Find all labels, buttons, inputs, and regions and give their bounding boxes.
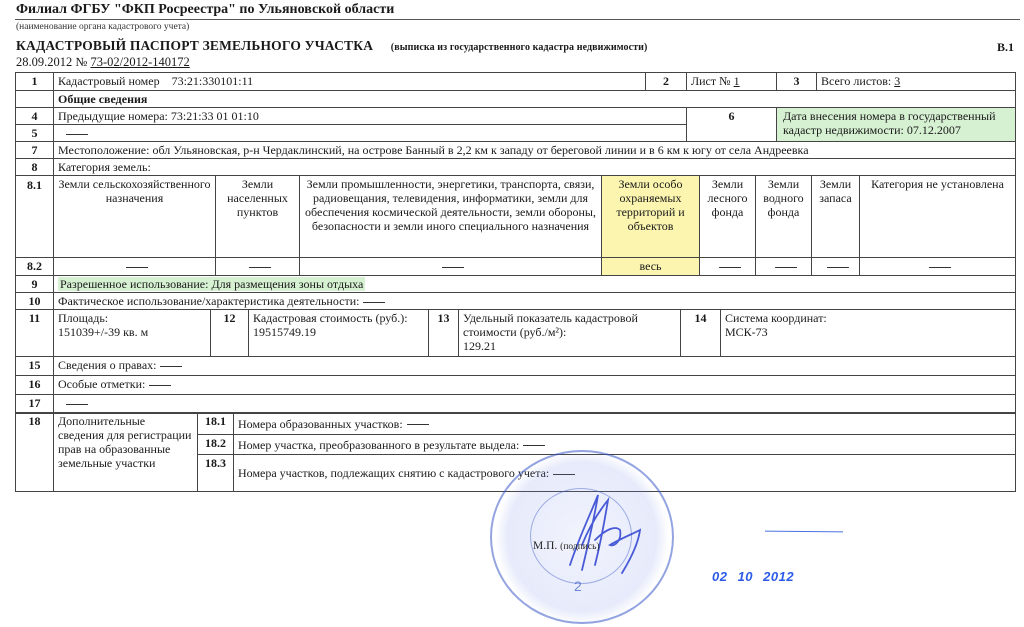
empty-dash xyxy=(929,267,951,268)
sheet-value: 1 xyxy=(734,74,740,88)
specific-value-value: 129.21 xyxy=(463,339,676,353)
number-sign: № xyxy=(75,55,87,69)
previous-numbers-cell: Предыдущие номера: 73:21:33 01 01:10 xyxy=(54,108,687,125)
actual-use-cell: Фактическое использование/характеристика… xyxy=(54,293,1016,310)
row-8-1-num: 8.1 xyxy=(16,176,54,258)
land-category-0-label: Земли сельскохозяйственного назначения xyxy=(54,176,216,258)
land-category-3-value: весь xyxy=(602,258,700,276)
land-category-4-label: Земли лесного фонда xyxy=(700,176,756,258)
row-4-num: 4 xyxy=(16,108,54,125)
signature-line xyxy=(765,531,843,533)
empty-dash xyxy=(249,267,271,268)
row-1: 1 Кадастровый номер 73:21:330101:11 2 Ли… xyxy=(16,73,1016,91)
location-cell: Местоположение: обл Ульяновская, р-н Чер… xyxy=(54,142,1016,159)
formed-parcels-label: Номера образованных участков: xyxy=(238,417,403,431)
row-8-2-num: 8.2 xyxy=(16,258,54,276)
empty-dash xyxy=(442,267,464,268)
row-8: 8 Категория земель: xyxy=(16,159,1016,176)
empty-dash xyxy=(149,385,171,386)
total-sheets-value: 3 xyxy=(894,74,900,88)
seal-label: М.П. xyxy=(533,540,557,552)
sheet-cell: Лист № 1 xyxy=(687,73,777,91)
formed-parcels-cell: Номера образованных участков: xyxy=(234,413,1016,435)
row-4: 4 Предыдущие номера: 73:21:33 01 01:10 6… xyxy=(16,108,1016,125)
general-section-row: Общие сведения xyxy=(16,91,1016,108)
permitted-use-label: Разрешенное использование: xyxy=(60,277,208,291)
empty-dash xyxy=(407,424,429,425)
row-13-num: 13 xyxy=(429,310,459,357)
land-categories-table: 8.1 Земли сельскохозяйственного назначен… xyxy=(15,175,1016,276)
land-category-4-value xyxy=(700,258,756,276)
organization-caption: (наименование органа кадастрового учета) xyxy=(16,22,189,32)
land-category-1-value xyxy=(216,258,300,276)
empty-dash xyxy=(160,366,182,367)
special-notes-cell: Особые отметки: xyxy=(54,376,1016,395)
row-8-num: 8 xyxy=(16,159,54,176)
cadastral-number-value: 73:21:330101:11 xyxy=(172,74,254,88)
row-15: 15 Сведения о правах: xyxy=(16,357,1016,376)
seal-signature-label: М.П. (подпись) xyxy=(533,540,600,552)
deregistered-parcels-label: Номера участков, подлежащих снятию с кад… xyxy=(238,466,549,480)
empty-dash xyxy=(66,134,88,135)
registration-date-label: Дата внесения номера в государственный к… xyxy=(783,109,995,137)
location-label: Местоположение: xyxy=(58,143,149,157)
empty-dash xyxy=(719,267,741,268)
organization-name: Филиал ФГБУ "ФКП Росреестра" по Ульяновс… xyxy=(16,2,394,18)
row-6-num: 6 xyxy=(687,108,777,142)
area-label: Площадь: xyxy=(58,311,206,325)
row-18-1: 18 Дополнительные сведения для регистрац… xyxy=(16,413,1016,435)
row-5-num: 5 xyxy=(16,125,54,142)
signature-label: (подпись) xyxy=(560,542,599,552)
land-category-3-label: Земли особо охраняемых территорий и объе… xyxy=(602,176,700,258)
row-18-num: 18 xyxy=(16,413,54,492)
sheet-label: Лист № xyxy=(691,74,731,88)
row-9-num: 9 xyxy=(16,276,54,293)
passport-table-middle: 9 Разрешенное использование: Для размеще… xyxy=(15,275,1016,414)
document-number: 73-02/2012-140172 xyxy=(90,55,189,69)
total-sheets-label: Всего листов: xyxy=(821,74,891,88)
empty-dash xyxy=(66,404,88,405)
row-2-num: 2 xyxy=(646,73,687,91)
row-17: 17 xyxy=(16,395,1016,414)
actual-use-label: Фактическое использование/характеристика… xyxy=(58,294,359,308)
row-5-value xyxy=(54,125,687,142)
document-title: КАДАСТРОВЫЙ ПАСПОРТ ЗЕМЕЛЬНОГО УЧАСТКА (… xyxy=(16,38,647,54)
date-stamp: 02 10 2012 xyxy=(712,569,794,584)
specific-value-label: Удельный показатель кадастровой стоимост… xyxy=(463,311,676,339)
land-category-2-label: Земли промышленности, энергетики, трансп… xyxy=(300,176,602,258)
additional-info-label: Дополнительные сведения для регистрации … xyxy=(54,413,198,492)
row-11-14: 11 Площадь: 151039+/-39 кв. м 12 Кадастр… xyxy=(16,310,1016,357)
total-sheets-cell: Всего листов: 3 xyxy=(817,73,1016,91)
empty-dash xyxy=(775,267,797,268)
document-date-number: 28.09.2012 № 73-02/2012-140172 xyxy=(16,55,190,70)
row-1-num: 1 xyxy=(16,73,54,91)
row-16-num: 16 xyxy=(16,376,54,395)
document-date: 28.09.2012 xyxy=(16,55,72,69)
land-categories-header-row: 8.1 Земли сельскохозяйственного назначен… xyxy=(16,176,1016,258)
land-category-0-value xyxy=(54,258,216,276)
row-14-num: 14 xyxy=(681,310,721,357)
organization-underline xyxy=(15,19,1020,20)
land-category-7-value xyxy=(860,258,1016,276)
cadastral-number-cell: Кадастровый номер 73:21:330101:11 xyxy=(54,73,646,91)
document-subtitle: (выписка из государственного кадастра не… xyxy=(391,42,648,53)
specific-value-cell: Удельный показатель кадастровой стоимост… xyxy=(459,310,681,357)
coordinate-system-cell: Система координат: МСК-73 xyxy=(721,310,1016,357)
document-title-text: КАДАСТРОВЫЙ ПАСПОРТ ЗЕМЕЛЬНОГО УЧАСТКА xyxy=(16,38,373,53)
row-18-1-num: 18.1 xyxy=(198,413,234,435)
row-9: 9 Разрешенное использование: Для размеще… xyxy=(16,276,1016,293)
row-7: 7 Местоположение: обл Ульяновская, р-н Ч… xyxy=(16,142,1016,159)
empty-dash xyxy=(363,302,385,303)
land-categories-value-row: 8.2 весь xyxy=(16,258,1016,276)
empty-dash xyxy=(827,267,849,268)
row-12-num: 12 xyxy=(211,310,249,357)
land-category-label: Категория земель: xyxy=(54,159,1016,176)
land-category-6-label: Земли запаса xyxy=(812,176,860,258)
coordinate-system-label: Система координат: xyxy=(725,311,1011,325)
row-17-value xyxy=(54,395,1016,414)
permitted-use-cell: Разрешенное использование: Для размещени… xyxy=(54,276,1016,293)
transformed-parcel-label: Номер участка, преобразованного в резуль… xyxy=(238,438,519,452)
general-section-heading: Общие сведения xyxy=(54,91,1016,108)
empty-dash xyxy=(523,445,545,446)
land-category-5-label: Земли водного фонда xyxy=(756,176,812,258)
signature-icon xyxy=(560,485,650,585)
row-7-num: 7 xyxy=(16,142,54,159)
row-10-num: 10 xyxy=(16,293,54,310)
location-value: обл Ульяновская, р-н Чердаклинский, на о… xyxy=(152,143,808,157)
passport-table-upper: 1 Кадастровый номер 73:21:330101:11 2 Ли… xyxy=(15,72,1016,176)
coordinate-system-value: МСК-73 xyxy=(725,325,1011,339)
row-11-num: 11 xyxy=(16,310,54,357)
row-18-3-num: 18.3 xyxy=(198,455,234,492)
land-category-1-label: Земли населенных пунктов xyxy=(216,176,300,258)
row-15-num: 15 xyxy=(16,357,54,376)
registration-date-value: 07.12.2007 xyxy=(907,123,961,137)
land-category-6-value xyxy=(812,258,860,276)
permitted-use-highlight: Разрешенное использование: Для размещени… xyxy=(58,277,365,291)
cadastral-value-cell: Кадастровая стоимость (руб.): 19515749.1… xyxy=(249,310,429,357)
cadastral-value-value: 19515749.19 xyxy=(253,325,424,339)
cadastral-number-label: Кадастровый номер xyxy=(58,74,160,88)
area-value: 151039+/-39 кв. м xyxy=(58,325,206,339)
cadastral-value-label: Кадастровая стоимость (руб.): xyxy=(253,311,424,325)
row-16: 16 Особые отметки: xyxy=(16,376,1016,395)
row-3-num: 3 xyxy=(777,73,817,91)
area-cell: Площадь: 151039+/-39 кв. м xyxy=(54,310,211,357)
empty-dash xyxy=(126,267,148,268)
transformed-parcel-cell: Номер участка, преобразованного в резуль… xyxy=(234,435,1016,455)
previous-numbers-value: 73:21:33 01 01:10 xyxy=(171,109,259,123)
row-17-num: 17 xyxy=(16,395,54,414)
form-code: В.1 xyxy=(997,40,1014,55)
land-category-7-label: Категория не установлена xyxy=(860,176,1016,258)
rights-label: Сведения о правах: xyxy=(58,358,156,372)
row-18-2-num: 18.2 xyxy=(198,435,234,455)
land-category-2-value xyxy=(300,258,602,276)
row-10: 10 Фактическое использование/характерист… xyxy=(16,293,1016,310)
special-notes-label: Особые отметки: xyxy=(58,377,145,391)
land-category-5-value xyxy=(756,258,812,276)
rights-cell: Сведения о правах: xyxy=(54,357,1016,376)
permitted-use-value: Для размещения зоны отдыха xyxy=(211,277,363,291)
registration-date-cell: Дата внесения номера в государственный к… xyxy=(777,108,1016,142)
previous-numbers-label: Предыдущие номера: xyxy=(58,109,168,123)
